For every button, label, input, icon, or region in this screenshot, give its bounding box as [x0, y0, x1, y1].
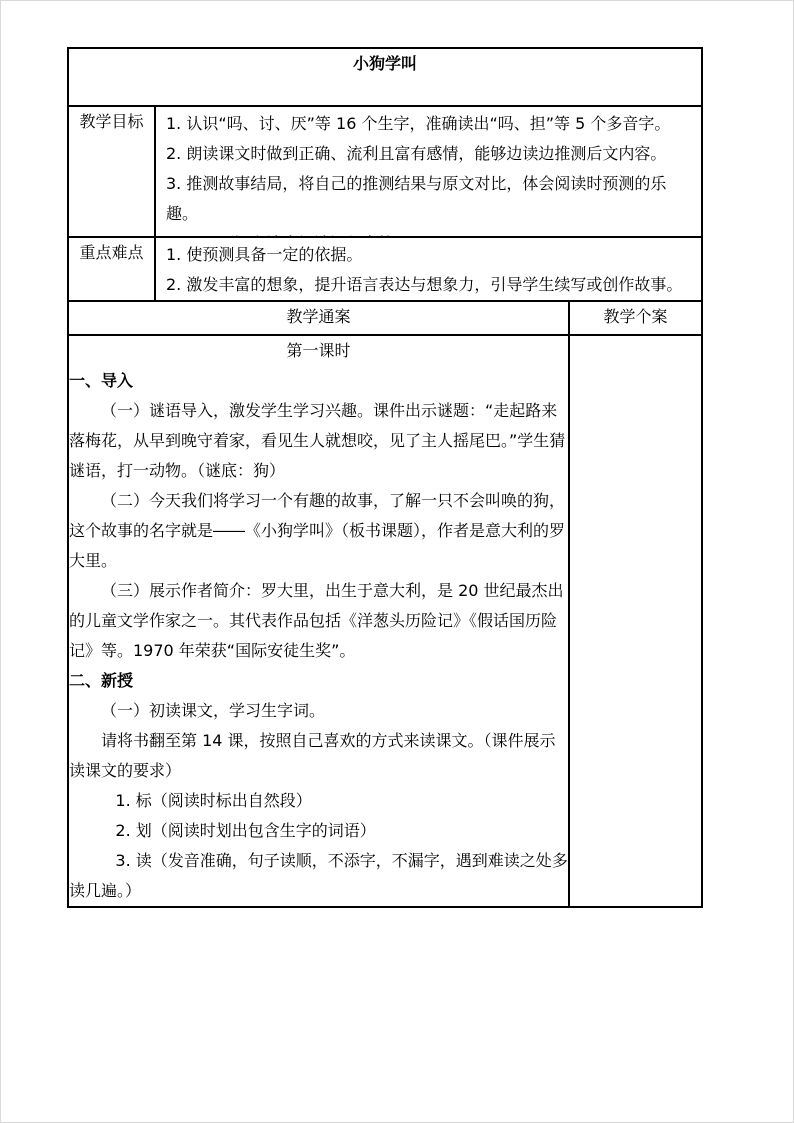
- objective-item: 2. 朗读课文时做到正确、流利且富有感情，能够边读边推测后文内容。: [166, 139, 693, 169]
- lesson-body-cell: 第一课时 一、导入（一）谜语导入，激发学生学习兴趣。课件出示谜题：“走起路来落梅…: [68, 335, 569, 907]
- keypoints-cell: 1. 使预测具备一定的依据。2. 激发丰富的想象，提升语言表达与想象力，引导学生…: [155, 237, 702, 301]
- lesson-paragraph: （二）今天我们将学习一个有趣的故事，了解一只不会叫唤的狗，这个故事的名字就是――…: [69, 486, 568, 576]
- lesson-title: 小狗学叫: [68, 48, 702, 106]
- objective-item: 1. 认识“吗、讨、厌”等 16 个生字，准确读出“吗、担”等 5 个多音字。: [166, 109, 693, 139]
- lesson-paragraph: 一、导入: [69, 366, 568, 396]
- lesson-session-title: 第一课时: [69, 336, 568, 366]
- lesson-paragraph: （三）展示作者简介：罗大里，出生于意大利，是 20 世纪最杰出的儿童文学作家之一…: [69, 576, 568, 666]
- lesson-paragraph: 3. 读（发音准确，句子读顺，不添字，不漏字，遇到难读之处多读几遍。）: [69, 846, 568, 906]
- objectives-cell: 1. 认识“吗、讨、厌”等 16 个生字，准确读出“吗、担”等 5 个多音字。2…: [155, 106, 702, 237]
- individual-plan-notes-cell: [569, 335, 702, 907]
- keypoint-item: 1. 使预测具备一定的依据。: [166, 240, 693, 270]
- lesson-paragraph: 2. 划（阅读时划出包含生字的词语）: [69, 816, 568, 846]
- objectives-label: 教学目标: [68, 106, 155, 237]
- lesson-plan-table: 小狗学叫 教学目标 1. 认识“吗、讨、厌”等 16 个生字，准确读出“吗、担”…: [67, 47, 703, 908]
- objectives-list: 1. 认识“吗、讨、厌”等 16 个生字，准确读出“吗、担”等 5 个多音字。2…: [156, 107, 701, 236]
- lesson-paragraph: 请将书翻至第 14 课，按照自己喜欢的方式来读课文。（课件展示读课文的要求）: [69, 726, 568, 786]
- lesson-paragraph: （一）谜语导入，激发学生学习兴趣。课件出示谜题：“走起路来落梅花，从早到晚守着家…: [69, 396, 568, 486]
- keypoint-item: 2. 激发丰富的想象，提升语言表达与想象力，引导学生续写或创作故事。: [166, 270, 693, 300]
- lesson-paragraph: 1. 标（阅读时标出自然段）: [69, 786, 568, 816]
- lesson-paragraph: 二、新授: [69, 666, 568, 696]
- individual-plan-header: 教学个案: [569, 301, 702, 335]
- lesson-body: 一、导入（一）谜语导入，激发学生学习兴趣。课件出示谜题：“走起路来落梅花，从早到…: [69, 366, 568, 906]
- keypoints-label: 重点难点: [68, 237, 155, 301]
- document-page: 小狗学叫 教学目标 1. 认识“吗、讨、厌”等 16 个生字，准确读出“吗、担”…: [0, 0, 794, 1123]
- objective-item: 3. 推测故事结局，将自己的推测结果与原文对比，体会阅读时预测的乐趣。: [166, 169, 693, 229]
- keypoints-list: 1. 使预测具备一定的依据。2. 激发丰富的想象，提升语言表达与想象力，引导学生…: [156, 238, 701, 300]
- lesson-paragraph: （一）初读课文，学习生字词。: [69, 696, 568, 726]
- general-plan-header: 教学通案: [68, 301, 569, 335]
- objective-item: 4. 运用预测方法去阅读课外书籍: [166, 229, 693, 236]
